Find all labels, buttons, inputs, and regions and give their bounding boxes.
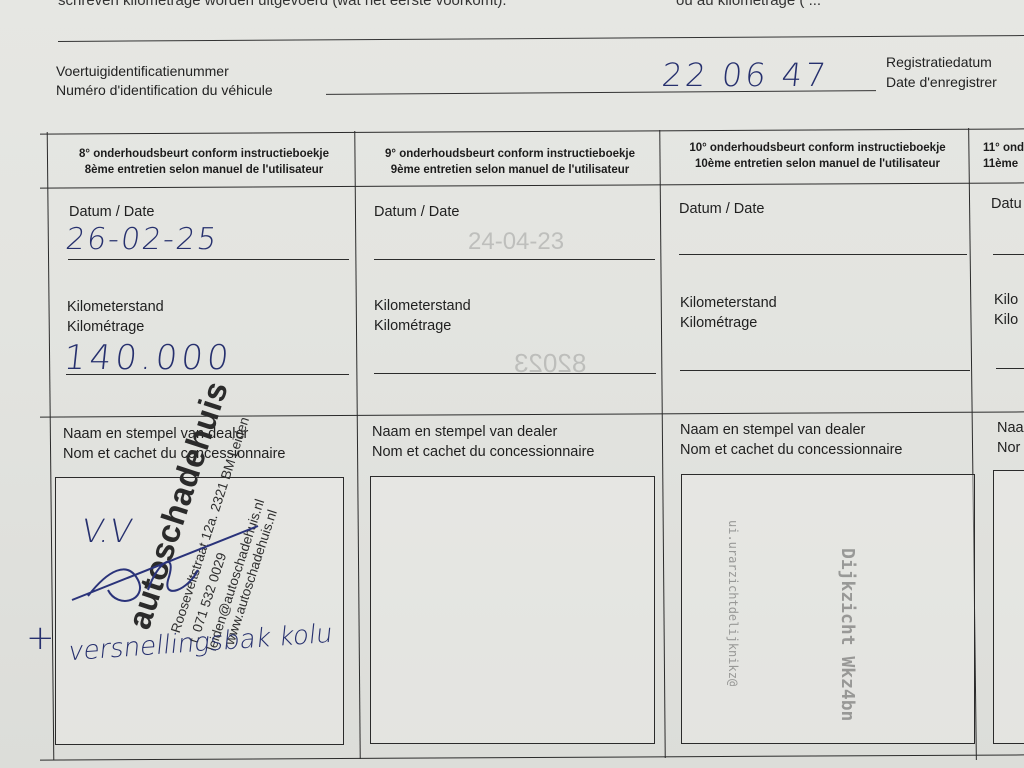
registration-label: Registratiedatum Date d'enregistrer [886, 52, 997, 92]
bleed-through-km: 82023 [514, 348, 586, 379]
km-line[interactable] [996, 368, 1024, 369]
service-11-heading: 11° ond 11ème [983, 140, 1024, 172]
divider [58, 35, 1024, 42]
heading-nl: 10° onderhoudsbeurt conform instructiebo… [665, 140, 970, 156]
heading-fr: 10ème entretien selon manuel de l'utilis… [665, 156, 970, 172]
dealer-label-nl: Naam en stempel van dealer [63, 424, 285, 444]
table-bottom-border [40, 754, 1024, 760]
heading-nl: 8° onderhoudsbeurt conform instructieboe… [54, 146, 354, 162]
km-label: Kilometerstand Kilométrage [680, 293, 777, 333]
heading-fr: 8ème entretien selon manuel de l'utilisa… [54, 162, 354, 178]
dealer-label-fr: Nom et cachet du concessionnaire [680, 440, 902, 460]
dealer-label: Naam en stempel van dealer Nom et cachet… [372, 422, 594, 462]
intro-text-right: ou au kilometrage ( ... [676, 0, 821, 9]
km-label-fr: Kilométrage [67, 317, 164, 337]
km-label-nl: Kilometerstand [680, 293, 777, 313]
km-label: Kilometerstand Kilométrage [374, 296, 471, 336]
dealer-stamp-box[interactable] [370, 476, 655, 744]
vin-label: Voertuigidentificatienummer Numéro d'ide… [56, 62, 273, 100]
table-top-border [40, 128, 1024, 134]
bleed-through-stamp-name: Dijkzicht Wkz4bn [837, 548, 858, 721]
dealer-label: Naam en stempel van dealer Nom et cachet… [680, 420, 902, 460]
intro-text: schreven kilometrage worden uitgevoerd (… [58, 0, 507, 9]
date-label: Datu [991, 194, 1022, 214]
date-line[interactable] [993, 254, 1024, 255]
date-value[interactable]: 26-02-25 [64, 222, 221, 257]
col-border-1 [354, 131, 360, 759]
date-label: Datum / Date [69, 202, 154, 222]
service-10-heading: 10° onderhoudsbeurt conform instructiebo… [665, 140, 970, 172]
km-label-nl: Kilo [994, 290, 1018, 310]
date-label: Datum / Date [679, 199, 764, 219]
plus-mark: + [26, 618, 55, 658]
service-8-heading: 8° onderhoudsbeurt conform instructieboe… [54, 146, 354, 178]
service-9-heading: 9° onderhoudsbeurt conform instructieboe… [360, 146, 660, 178]
vin-label-nl: Voertuigidentificatienummer [56, 62, 273, 81]
registration-label-nl: Registratiedatum [886, 52, 997, 72]
col-border-0 [47, 132, 55, 760]
date-label: Datum / Date [374, 202, 459, 222]
vin-value[interactable]: 22 06 47 [660, 56, 830, 94]
km-label-fr: Kilométrage [374, 316, 471, 336]
heading-fr: 9ème entretien selon manuel de l'utilisa… [360, 162, 660, 178]
km-value[interactable]: 140.000 [62, 338, 235, 378]
dealer-stamp-box[interactable] [993, 470, 1024, 744]
dealer-label-fr: Nor [997, 438, 1024, 458]
km-label: Kilo Kilo [994, 290, 1018, 330]
heading-nl: 11° ond [983, 140, 1024, 156]
date-line[interactable] [374, 259, 655, 260]
dealer-label-nl: Naam en stempel van dealer [372, 422, 594, 442]
km-line[interactable] [680, 370, 970, 371]
date-line [68, 259, 349, 260]
date-line[interactable] [679, 254, 967, 255]
dealer-label-nl: Naam en stempel van dealer [680, 420, 902, 440]
dealer-label-nl: Naa [997, 418, 1024, 438]
km-line[interactable] [374, 373, 656, 374]
dealer-label-fr: Nom et cachet du concessionnaire [372, 442, 594, 462]
col-border-2 [659, 130, 665, 758]
km-label-fr: Kilo [994, 310, 1018, 330]
km-label-nl: Kilometerstand [67, 297, 164, 317]
km-label-nl: Kilometerstand [374, 296, 471, 316]
vin-label-fr: Numéro d'identification du véhicule [56, 81, 273, 100]
signature-scribble [68, 520, 268, 610]
km-label-fr: Kilométrage [680, 313, 777, 333]
heading-nl: 9° onderhoudsbeurt conform instructieboe… [360, 146, 660, 162]
heading-fr: 11ème [983, 156, 1024, 172]
bleed-through-date: 24-04-23 [468, 228, 564, 256]
bleed-through-stamp-line: ui.urarzichtdelijknikz@ [726, 520, 740, 686]
registration-label-fr: Date d'enregistrer [886, 72, 997, 92]
km-label: Kilometerstand Kilométrage [67, 297, 164, 337]
table-header-border [40, 182, 1024, 188]
dealer-label: Naa Nor [997, 418, 1024, 458]
